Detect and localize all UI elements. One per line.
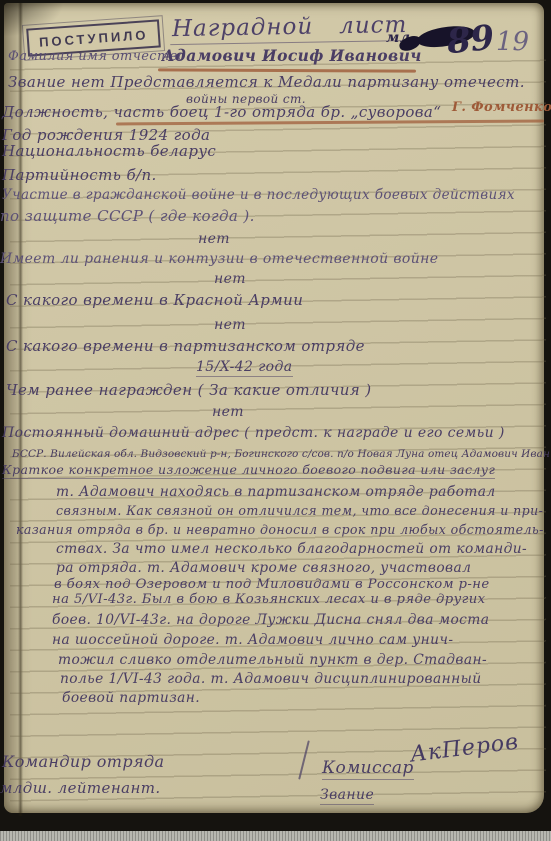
received-stamp-text: ПОСТУПИЛО — [39, 27, 149, 50]
address-value: БССР. Вилейская обл. Видзовский р-н, Бог… — [12, 448, 550, 460]
feat-line: тожил сливко отделительный пункт в дер. … — [58, 652, 487, 668]
post-line: Должность, часть боец 1-го отряда бр. „с… — [2, 103, 441, 121]
document-number-pencil: 19 — [496, 27, 529, 57]
commissar-role: Комиссар — [322, 758, 414, 780]
feat-line: полье 1/VI-43 года. т. Адамович дисципли… — [60, 671, 482, 687]
wounds-answer: нет — [214, 271, 246, 287]
feat-line: связным. Как связной он отличился тем, ч… — [56, 503, 543, 518]
partisan-answer: 15/X-42 года — [196, 359, 293, 377]
feat-line: боевой партизан. — [62, 690, 200, 706]
nationality-line: Национальность беларус — [2, 142, 216, 160]
name-value: Адамович Иосиф Иванович — [162, 46, 422, 65]
commander-rank: млдш. лейтенант. — [0, 779, 161, 797]
feat-heading: Краткое конкретное изложение личного бое… — [2, 462, 495, 479]
title-word-1: Наградной — [172, 14, 314, 42]
red-army-line: С какого времени в Красной Армии — [6, 291, 303, 309]
feat-line: ра отряда. т. Адамович кроме связного, у… — [56, 560, 471, 576]
name-label: Фамилия имя отчество — [8, 49, 186, 64]
feat-line: т. Адамович находясь в партизанском отря… — [56, 484, 496, 500]
commander-role: Командир отряда — [2, 752, 164, 771]
address-label: Постоянный домашний адрес ( предст. к на… — [2, 425, 505, 441]
feat-line: на 5/VI-43г. Был в бою в Козьянских леса… — [52, 592, 485, 607]
civil-war-line-1: Участие в гражданской войне и в последую… — [2, 187, 515, 203]
civil-war-answer: нет — [198, 231, 230, 247]
red-army-answer: нет — [214, 317, 246, 333]
rank-line: Звание нет Представляется к Медали парти… — [8, 73, 525, 91]
feat-line: в боях под Озеровом и под Миловидами в Р… — [54, 577, 490, 592]
party-line: Партийность б/п. — [2, 166, 157, 184]
feat-line: на шоссейной дороге. т. Адамович лично с… — [52, 632, 453, 648]
scanner-edge-texture — [0, 831, 551, 841]
document-title: Награднойлист — [170, 12, 416, 45]
wounds-line: Имеет ли ранения и контузии в отечествен… — [0, 251, 438, 267]
awards-line: Чем ранее награжден ( За какие отличия ) — [6, 381, 372, 399]
civil-war-line-2: по защите СССР ( где когда ). — [0, 207, 255, 225]
feat-line: казания отряда в бр. и невратно доносил … — [16, 522, 544, 537]
rank-label: Звание — [320, 787, 374, 805]
document-number-struck: 89 — [445, 18, 496, 63]
partisan-line: С какого времени в партизанском отряде — [6, 337, 365, 355]
feat-line: ствах. За что имел несколько благодарнос… — [56, 541, 527, 557]
post-red-note: Г. Фомченко — [452, 100, 551, 115]
binding-crease — [18, 3, 23, 816]
awards-answer: нет — [212, 404, 244, 420]
feat-line: боев. 10/VI-43г. на дороге Лужки Дисна с… — [52, 612, 489, 628]
scanned-award-document: { "colors":{"ink":"#4a3e64","red_ink":"#… — [0, 0, 551, 841]
